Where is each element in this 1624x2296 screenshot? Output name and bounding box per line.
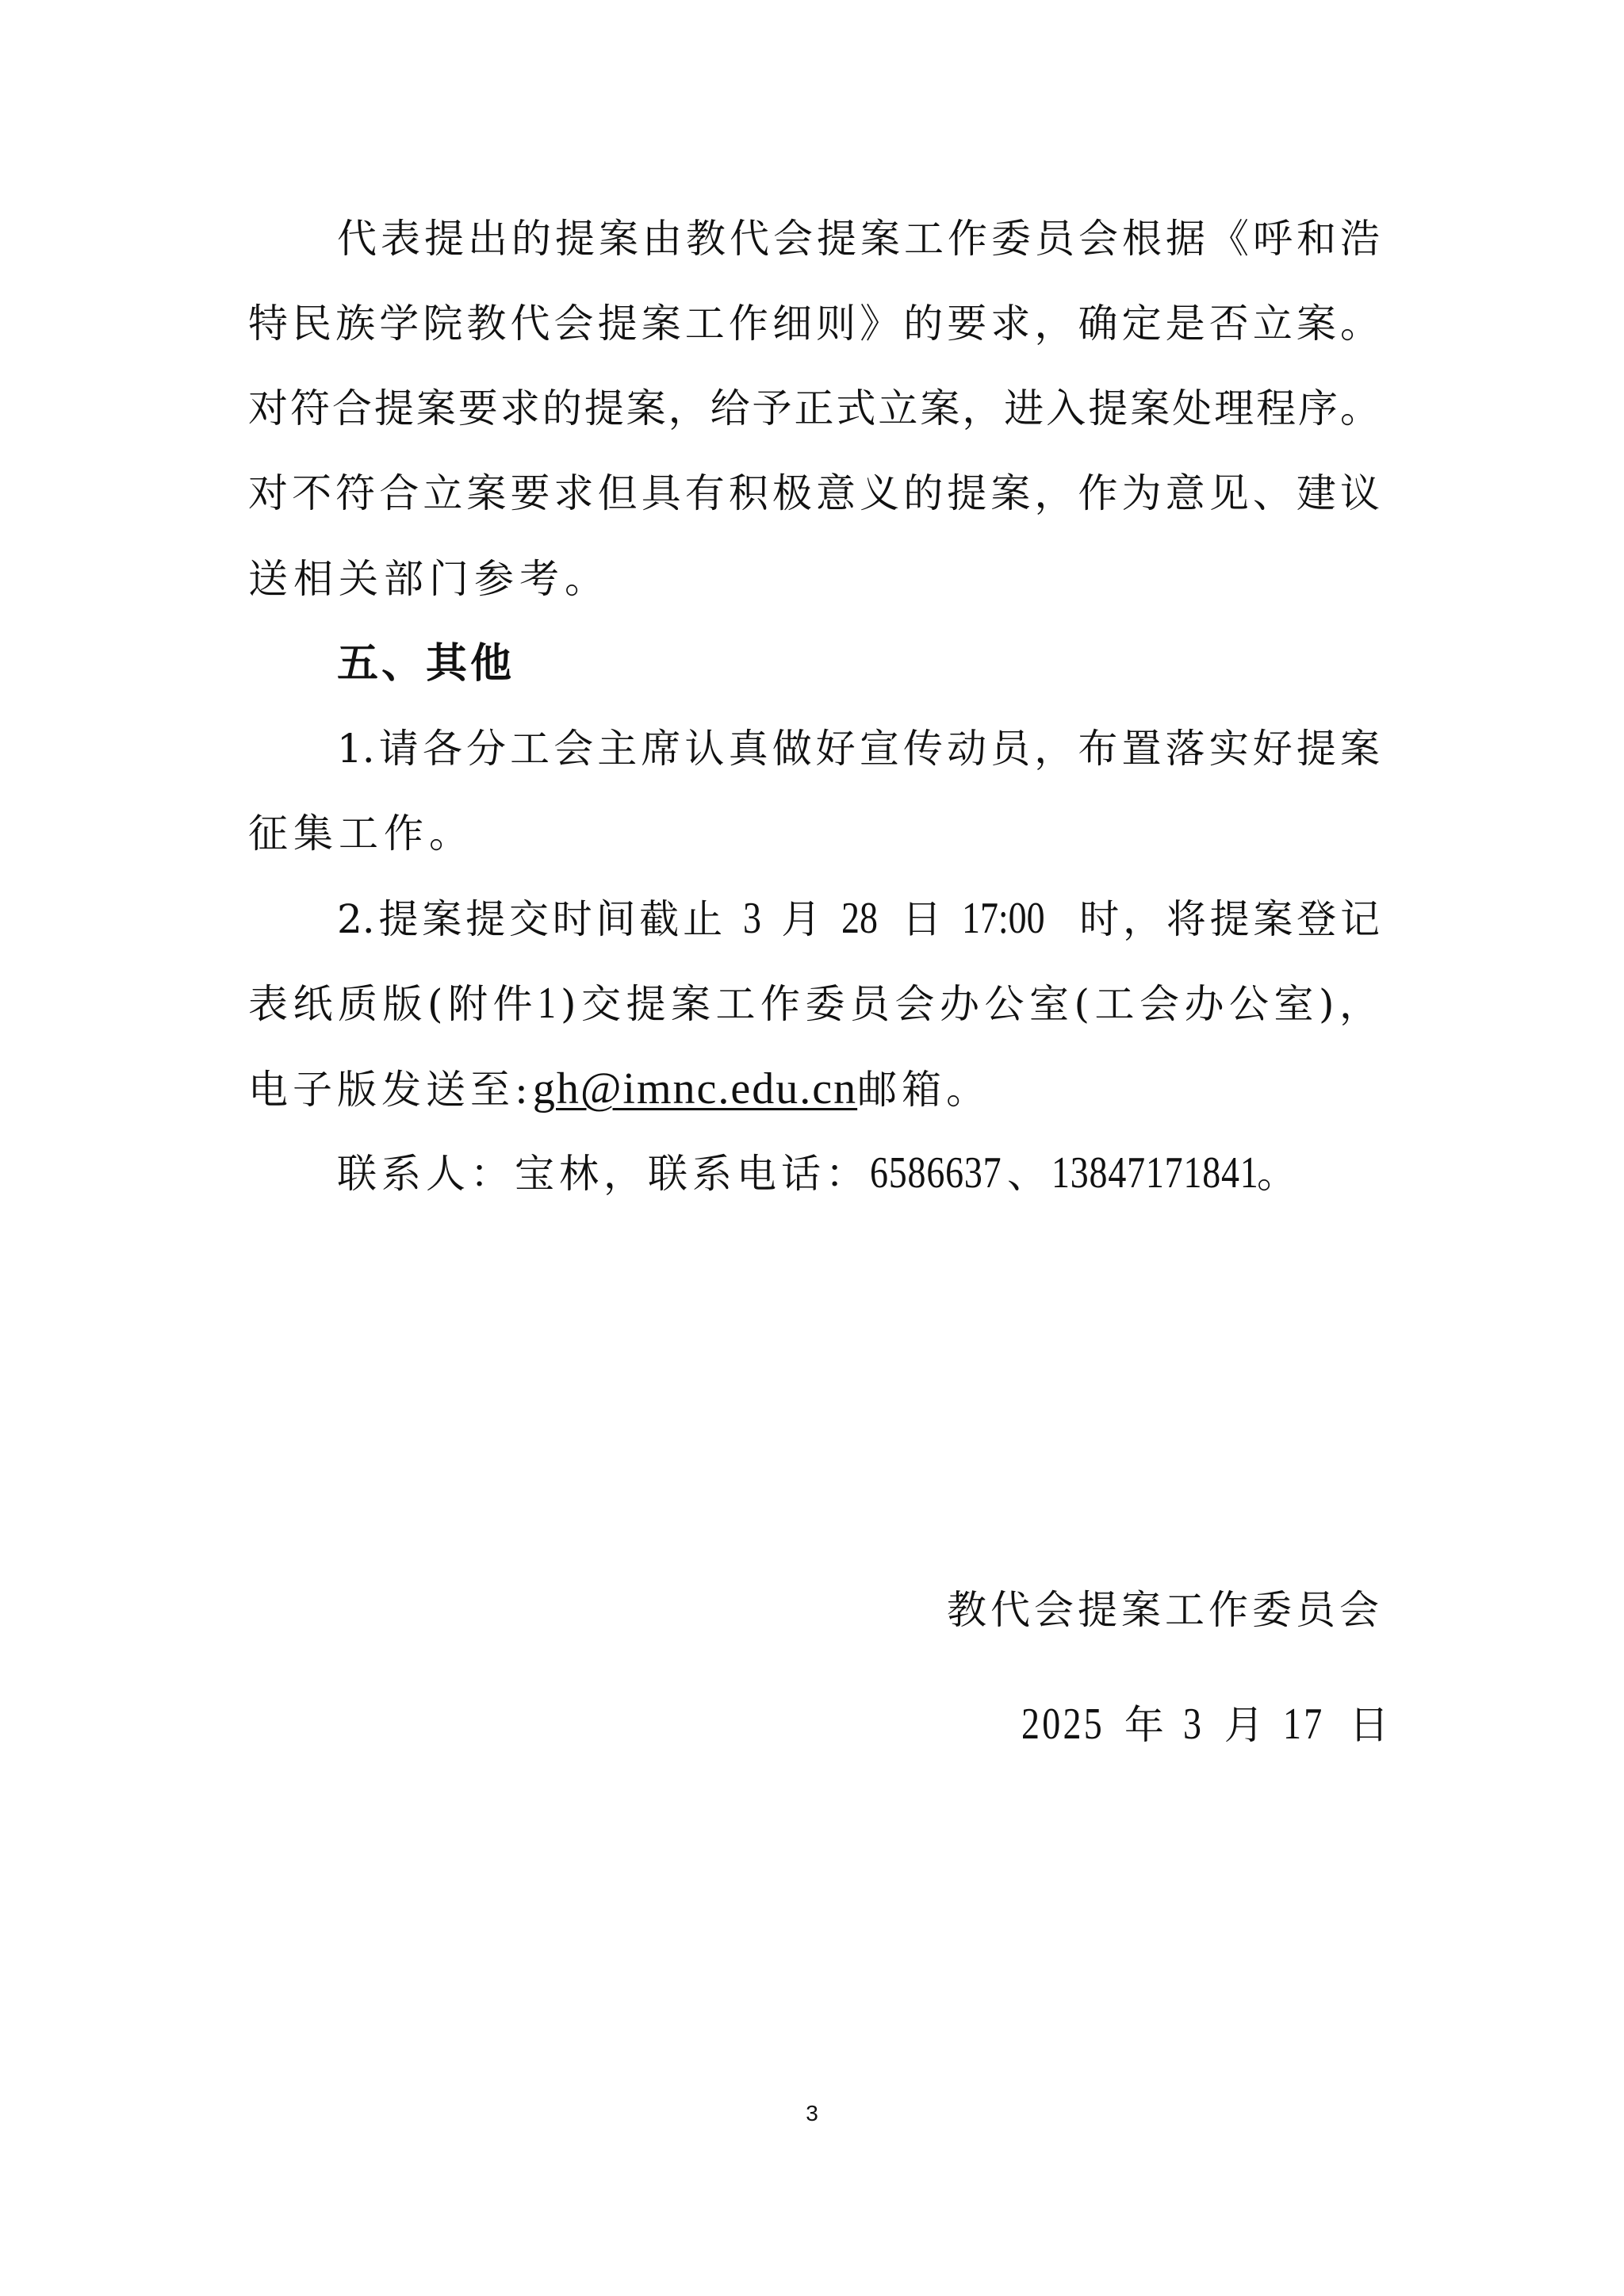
date-day: 17	[1283, 1682, 1324, 1767]
date-month: 3	[1183, 1682, 1204, 1767]
item2-line2-b: )交提案工作委员会办公室(工会办公室)，	[561, 981, 1380, 1027]
paragraph-line: 对不符合立案要求但具有积极意义的提案，作为意见、建议	[248, 451, 1380, 536]
date-year-unit: 年	[1124, 1702, 1167, 1748]
page-number: 3	[799, 2098, 825, 2129]
contact-phone-1: 6586637	[870, 1131, 1002, 1216]
section-heading: 五、其他	[337, 622, 515, 707]
item2-line3-prefix: 电子版发送至:	[248, 1067, 533, 1113]
signature-date: 2025 年 3 月 17 日	[1021, 1682, 1392, 1767]
item2-month-unit: 月	[781, 896, 825, 942]
contact-suffix: 。	[1257, 1151, 1301, 1197]
contact-separator: 、	[1007, 1151, 1051, 1197]
date-year: 2025	[1021, 1682, 1105, 1767]
email-link[interactable]: gh@imnc.edu.cn	[533, 1064, 857, 1114]
contact-line: 联系人：宝林，联系电话：6586637、13847171841。	[337, 1131, 1380, 1216]
item2-suffix: 时，将提案登记	[1079, 896, 1380, 942]
list-item-1-line: 1.请各分工会主席认真做好宣传动员，布置落实好提案	[337, 707, 1380, 792]
item2-day: 28	[841, 876, 878, 961]
item2-prefix: 2.提案提交时间截止	[337, 896, 726, 942]
list-item-2-line: 2.提案提交时间截止 3 月 28 日 17:00 时，将提案登记	[337, 876, 1380, 961]
item2-line2-a: 表纸质版(附件	[248, 981, 538, 1027]
list-item-2-line: 表纸质版(附件1)交提案工作委员会办公室(工会办公室)，	[248, 961, 1380, 1046]
signature-organization: 教代会提案工作委员会	[947, 1568, 1379, 1653]
item2-line3-suffix: 邮箱。	[857, 1067, 990, 1113]
item2-time: 17:00	[962, 876, 1045, 961]
paragraph-line: 对符合提案要求的提案，给予正式立案，进入提案处理程序。	[248, 366, 1380, 451]
date-day-unit: 日	[1350, 1702, 1392, 1748]
item2-month: 3	[743, 876, 761, 961]
list-item-2-line: 电子版发送至:gh@imnc.edu.cn邮箱。	[248, 1047, 1380, 1132]
contact-prefix: 联系人：宝林，联系电话：	[337, 1151, 870, 1197]
contact-phone-2: 13847171841	[1051, 1131, 1259, 1216]
date-month-unit: 月	[1224, 1702, 1267, 1748]
paragraph-line: 送相关部门参考。	[248, 537, 1380, 622]
list-item-1-line: 征集工作。	[248, 792, 1380, 876]
item2-attachment-number: 1	[538, 961, 557, 1046]
paragraph-line: 代表提出的提案由教代会提案工作委员会根据《呼和浩	[337, 197, 1380, 282]
item2-day-unit: 日	[902, 896, 945, 942]
paragraph-line: 特民族学院教代会提案工作细则》的要求，确定是否立案。	[248, 282, 1380, 366]
document-page: 代表提出的提案由教代会提案工作委员会根据《呼和浩 特民族学院教代会提案工作细则》…	[0, 0, 1624, 2296]
